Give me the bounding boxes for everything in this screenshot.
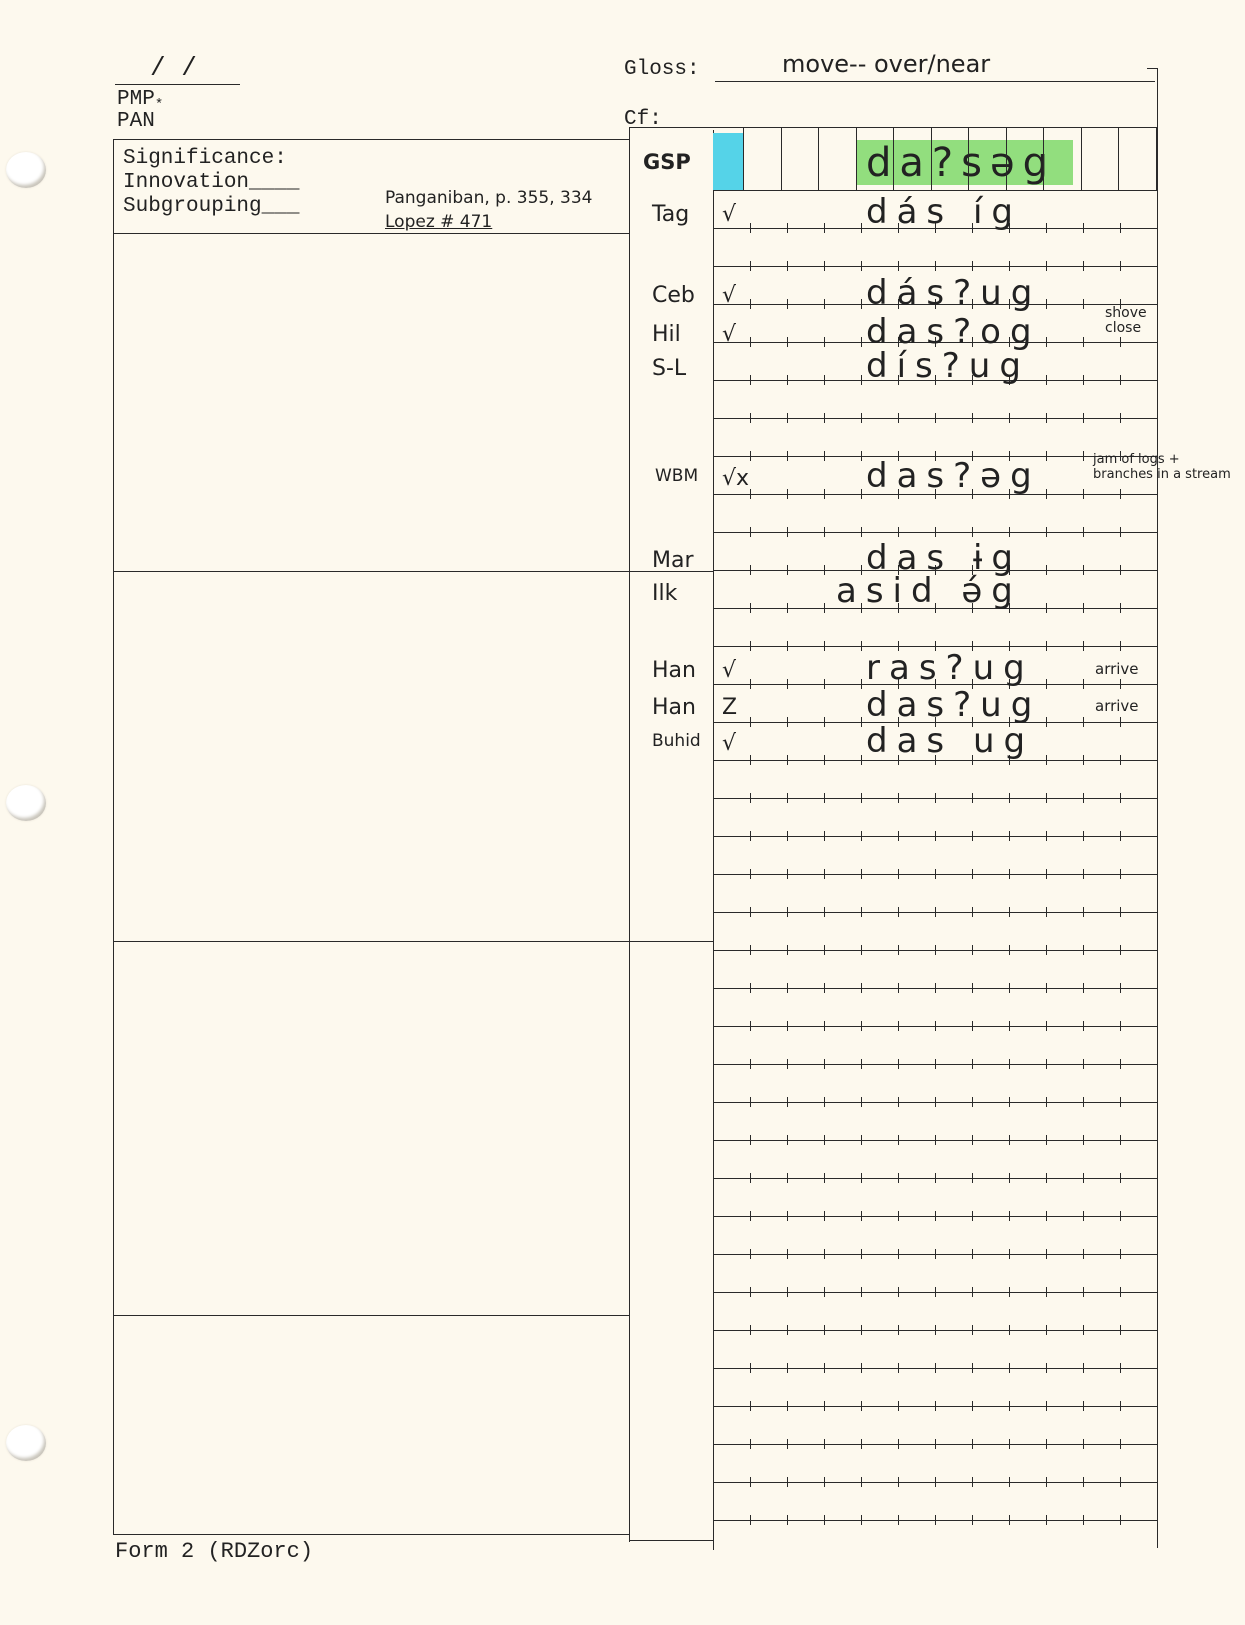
tick-mark [935,1249,936,1259]
check-mark[interactable]: √ [722,658,736,683]
tick-mark [1009,1363,1010,1373]
language-label: Ilk [652,581,677,606]
tick-mark [972,1097,973,1107]
tick-mark [787,1287,788,1297]
tick-mark [787,1211,788,1221]
pan-label: PAN [117,110,155,134]
tick-mark [861,337,862,347]
language-label: Han [652,658,696,683]
tick-mark [787,1401,788,1411]
tick-mark [898,527,899,537]
tick-mark [824,1515,825,1525]
tick-mark [1046,1211,1047,1221]
tick-mark [1009,1211,1010,1221]
tick-mark [1083,299,1084,309]
tick-mark [824,527,825,537]
pmp-text: PMP [117,88,155,111]
reference-2: Lopez # 471 [385,212,492,232]
tick-mark [824,679,825,689]
subgrouping-field[interactable]: Subgrouping___ [123,195,299,219]
reflex-form: das?əg [866,456,1041,496]
tick-mark [861,1477,862,1487]
gloss-value[interactable]: move-- over/near [782,50,990,78]
tick-mark [935,261,936,271]
tick-mark [972,1401,973,1411]
tick-mark [1046,1249,1047,1259]
tick-mark [1083,1401,1084,1411]
tick-mark [824,565,825,575]
tick-mark [1046,869,1047,879]
tick-mark [1009,1287,1010,1297]
tick-mark [1009,793,1010,803]
reflex-form: das ug [866,721,1034,761]
tick-mark [750,1439,751,1449]
tick-mark [861,1059,862,1069]
tick-mark [861,945,862,955]
tick-mark [972,1287,973,1297]
tick-mark [1120,1173,1121,1183]
tick-mark [787,1477,788,1487]
tick-mark [898,1287,899,1297]
language-label: S-L [652,356,686,381]
tick-mark [861,1173,862,1183]
tick-mark [1046,1059,1047,1069]
tick-mark [824,869,825,879]
tick-mark [1120,1211,1121,1221]
tick-mark [1120,1287,1121,1297]
tick-mark [1083,603,1084,613]
grid-cell-divider [1156,127,1157,190]
tick-mark [787,337,788,347]
tick-mark [1120,1439,1121,1449]
innovation-field[interactable]: Innovation____ [123,171,299,195]
tick-mark [750,299,751,309]
tick-mark [861,831,862,841]
tick-mark [861,1363,862,1373]
tick-mark [1009,1439,1010,1449]
tick-mark [1046,337,1047,347]
check-mark[interactable]: √ [722,202,736,227]
tick-mark [1009,1249,1010,1259]
tick-mark [750,413,751,423]
tick-mark [750,793,751,803]
asterisk: * [155,97,163,113]
tick-mark [787,223,788,233]
tick-mark [898,793,899,803]
tick-mark [1083,1287,1084,1297]
tick-mark [898,1325,899,1335]
tick-mark [1083,261,1084,271]
tick-mark [787,679,788,689]
tick-mark [898,1059,899,1069]
check-mark[interactable]: √ [722,731,736,756]
tick-mark [972,869,973,879]
frame-top-corner [1147,68,1157,69]
tick-mark [1009,831,1010,841]
tick-mark [824,413,825,423]
tick-mark [1046,413,1047,423]
frame-right [1157,68,1158,1548]
tick-mark [861,1135,862,1145]
tick-mark [972,1249,973,1259]
tick-mark [861,717,862,727]
subgrouping-label: Subgrouping [123,195,262,218]
tick-mark [898,1515,899,1525]
tick-mark [824,1249,825,1259]
tick-mark [861,1325,862,1335]
tick-mark [935,1097,936,1107]
tick-mark [787,869,788,879]
tick-mark [750,565,751,575]
tick-mark [824,375,825,385]
tick-mark [787,1097,788,1107]
innovation-label: Innovation [123,171,249,194]
tick-mark [1083,831,1084,841]
form-label: Form 2 (RDZorc) [115,1540,313,1564]
tick-mark [750,1097,751,1107]
frame-bottom-mid [629,1540,713,1541]
tick-mark [861,1021,862,1031]
tick-mark [824,717,825,727]
tick-mark [824,451,825,461]
tick-mark [824,755,825,765]
tick-mark [750,831,751,841]
tick-mark [935,413,936,423]
language-label: Hil [652,322,681,347]
tick-mark [1083,527,1084,537]
grid-cell-divider [893,127,894,190]
tick-mark [1046,1363,1047,1373]
tick-mark [750,679,751,689]
tick-mark [1046,1477,1047,1487]
tick-mark [972,413,973,423]
tick-mark [750,1021,751,1031]
tick-mark [824,603,825,613]
tick-mark [1083,1439,1084,1449]
tick-mark [1120,1363,1121,1373]
tick-mark [1120,907,1121,917]
tick-mark [898,1363,899,1373]
tick-mark [750,869,751,879]
tick-mark [787,1363,788,1373]
tick-mark [1083,755,1084,765]
tick-mark [1046,1325,1047,1335]
tick-mark [1120,983,1121,993]
tick-mark [1120,945,1121,955]
gloss-note: arrive [1095,699,1139,714]
tick-mark [750,717,751,727]
tick-mark [787,755,788,765]
check-mark[interactable]: √ [722,283,736,308]
tick-mark [972,945,973,955]
punch-hole [6,785,46,821]
tick-mark [787,413,788,423]
tick-mark [1083,451,1084,461]
tick-mark [1083,223,1084,233]
tick-mark [750,337,751,347]
tick-mark [1083,1135,1084,1145]
tick-mark [1046,565,1047,575]
language-label: WBM [655,466,698,486]
tick-mark [898,1401,899,1411]
tick-mark [1009,1515,1010,1525]
tick-mark [898,413,899,423]
tick-mark [1009,1173,1010,1183]
tick-mark [1083,337,1084,347]
tick-mark [861,299,862,309]
tick-mark [824,945,825,955]
tick-mark [861,907,862,917]
tick-mark [1120,261,1121,271]
tick-mark [824,223,825,233]
check-mark[interactable]: Z [722,695,737,720]
tick-mark [935,1363,936,1373]
tick-mark [1046,679,1047,689]
protoform-label: GSP [643,150,691,174]
gloss-label: Gloss: [624,58,700,82]
tick-mark [750,223,751,233]
tick-mark [824,1477,825,1487]
tick-mark [1009,1477,1010,1487]
tick-mark [824,1097,825,1107]
tick-mark [824,1401,825,1411]
language-label: Tag [652,202,689,227]
tick-mark [787,907,788,917]
tick-mark [1046,945,1047,955]
tick-mark [898,1211,899,1221]
significance-title: Significance: [123,147,287,171]
tick-mark [824,489,825,499]
tick-mark [935,793,936,803]
tick-mark [1009,1401,1010,1411]
frame-top-left [113,139,629,140]
tick-mark [787,375,788,385]
grid-cell-divider [1118,127,1119,190]
tick-mark [861,1439,862,1449]
tick-mark [1120,1401,1121,1411]
tick-mark [1120,679,1121,689]
tick-mark [824,983,825,993]
tick-mark [1009,413,1010,423]
tick-mark [787,641,788,651]
tick-mark [1046,261,1047,271]
tick-mark [1120,1059,1121,1069]
tick-mark [1046,1097,1047,1107]
tick-mark [935,869,936,879]
tick-mark [750,907,751,917]
tick-mark [898,983,899,993]
tick-mark [1083,717,1084,727]
grid-cell-divider [1006,127,1007,190]
tick-mark [750,641,751,651]
tick-mark [824,1211,825,1221]
punch-hole [6,1425,46,1461]
tick-mark [898,1097,899,1107]
check-mark[interactable]: √ [722,322,736,347]
tick-mark [935,1021,936,1031]
tick-mark [1083,375,1084,385]
language-label: Buhid [652,731,701,751]
tick-mark [1046,603,1047,613]
tick-mark [1120,1135,1121,1145]
tick-mark [1120,565,1121,575]
tick-mark [787,1515,788,1525]
tick-mark [824,1059,825,1069]
language-label: Han [652,695,696,720]
tick-mark [972,983,973,993]
tick-mark [1046,717,1047,727]
protoform-value[interactable]: da?səg [866,140,1056,186]
frame-bottom-left [113,1534,629,1535]
tick-mark [972,1363,973,1373]
tick-mark [1046,1439,1047,1449]
tick-mark [1120,1477,1121,1487]
tick-mark [824,299,825,309]
tick-mark [1009,527,1010,537]
tick-mark [935,983,936,993]
tick-mark [824,337,825,347]
tick-mark [750,1477,751,1487]
tick-mark [935,1287,936,1297]
tick-mark [787,261,788,271]
tick-mark [1046,983,1047,993]
tick-mark [1120,375,1121,385]
tick-mark [750,1363,751,1373]
tick-mark [861,869,862,879]
tick-mark [1009,945,1010,955]
check-mark[interactable]: √x [722,466,749,491]
tick-mark [750,527,751,537]
tick-mark [1083,679,1084,689]
reflex-form: das?ug [866,685,1041,725]
tick-mark [824,1325,825,1335]
gloss-note: shove close [1105,306,1155,336]
tick-mark [1120,869,1121,879]
tick-mark [1120,489,1121,499]
grid-cell-divider [968,127,969,190]
tick-mark [1046,1021,1047,1031]
tick-mark [1083,413,1084,423]
tick-mark [935,831,936,841]
tick-mark [1083,1021,1084,1031]
tick-mark [1009,983,1010,993]
tick-mark [1046,451,1047,461]
tick-mark [898,907,899,917]
tick-mark [1009,907,1010,917]
grid-cell-divider [856,127,857,190]
reference-1: Panganiban, p. 355, 334 [385,188,592,208]
tick-mark [861,1249,862,1259]
tick-mark [787,793,788,803]
tick-mark [935,1477,936,1487]
grid-cell-divider [743,127,744,190]
tick-mark [1046,223,1047,233]
tick-mark [861,679,862,689]
tick-mark [861,983,862,993]
tick-mark [972,1477,973,1487]
grid-cell-divider [1043,127,1044,190]
tick-mark [824,641,825,651]
tick-mark [787,945,788,955]
tick-mark [935,1173,936,1183]
tick-mark [1120,527,1121,537]
tick-mark [1120,831,1121,841]
tick-mark [824,1439,825,1449]
date-underline [115,84,240,85]
tick-mark [935,527,936,537]
tick-mark [972,1515,973,1525]
reflex-form: ras?ug [866,648,1034,688]
tick-mark [861,413,862,423]
tick-mark [750,1059,751,1069]
tick-mark [1009,1021,1010,1031]
tick-mark [787,527,788,537]
tick-mark [1046,1135,1047,1145]
tick-mark [1009,1135,1010,1145]
tick-mark [750,1173,751,1183]
tick-mark [1120,641,1121,651]
tick-mark [861,1097,862,1107]
tick-mark [861,489,862,499]
tick-mark [750,451,751,461]
tick-mark [1046,299,1047,309]
tick-mark [824,1021,825,1031]
tick-mark [1046,1287,1047,1297]
tick-mark [787,1439,788,1449]
tick-mark [787,603,788,613]
tick-mark [750,261,751,271]
blue-marker-highlight [713,133,743,191]
tick-mark [787,1173,788,1183]
section-divider [113,571,713,572]
tick-mark [1083,1363,1084,1373]
tick-mark [861,527,862,537]
divider-2 [713,130,714,1550]
tick-mark [1120,717,1121,727]
tick-mark [1009,869,1010,879]
tick-mark [1083,1097,1084,1107]
tick-mark [861,1515,862,1525]
tick-mark [750,489,751,499]
tick-mark [898,1173,899,1183]
tick-mark [935,945,936,955]
tick-mark [898,1135,899,1145]
tick-mark [750,1401,751,1411]
tick-mark [824,831,825,841]
tick-mark [935,1135,936,1145]
tick-mark [1083,869,1084,879]
tick-mark [1083,793,1084,803]
tick-mark [861,451,862,461]
tick-mark [1083,1211,1084,1221]
significance-divider [113,233,629,234]
tick-mark [1046,907,1047,917]
tick-mark [972,793,973,803]
tick-mark [1120,223,1121,233]
tick-mark [750,1249,751,1259]
tick-mark [972,1325,973,1335]
tick-mark [787,1135,788,1145]
frame-left [113,139,114,1534]
tick-mark [787,1325,788,1335]
tick-mark [861,1211,862,1221]
tick-mark [787,831,788,841]
tick-mark [750,603,751,613]
tick-mark [750,945,751,955]
tick-mark [972,261,973,271]
tick-mark [861,261,862,271]
tick-mark [1120,603,1121,613]
